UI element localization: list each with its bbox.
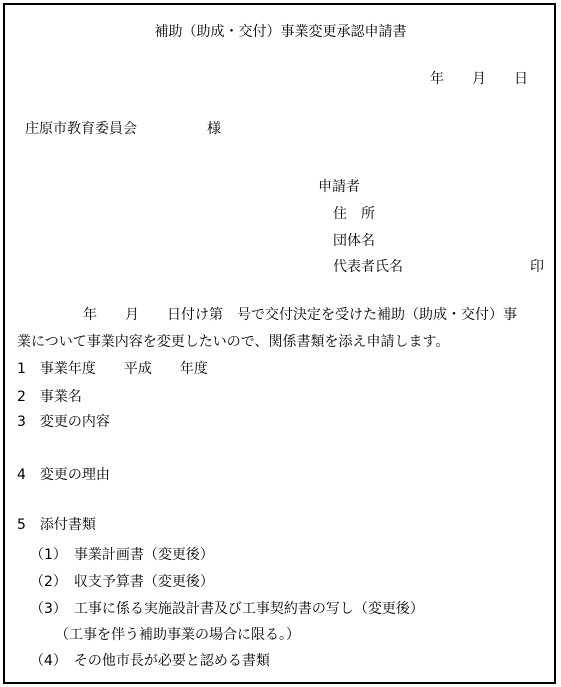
- addressee-line: 庄原市教育委員会 様: [25, 121, 221, 138]
- applicant-organization-label: 団体名: [333, 233, 375, 250]
- applicant-label: 申請者: [318, 179, 360, 196]
- numbered-item-business-year: 1 事業年度 平成 年度: [17, 361, 208, 378]
- numbered-item-change-reason: 4 変更の理由: [17, 467, 110, 484]
- numbered-item-change-details: 3 変更の内容: [17, 414, 110, 431]
- applicant-address-label: 住 所: [333, 206, 375, 223]
- attachment-item-construction-docs: （3） 工事に係る実施設計書及び工事契約書の写し（変更後）: [30, 601, 424, 618]
- application-form-page: 補助（助成・交付）事業変更承認申請書 年 月 日 庄原市教育委員会 様 申請者 …: [0, 0, 561, 687]
- attachment-item-other-docs: （4） その他市長が必要と認める書類: [30, 653, 270, 670]
- date-blank-line: 年 月 日: [430, 71, 528, 88]
- applicant-representative-label: 代表者氏名: [333, 259, 403, 276]
- attachment-item-budget: （2） 収支予算書（変更後）: [30, 574, 214, 591]
- body-paragraph-line-2: 業について事業内容を変更したいので、関係書類を添え申請します。: [17, 334, 449, 351]
- numbered-item-attachments: 5 添付書類: [17, 517, 96, 534]
- seal-placeholder: 印: [530, 259, 544, 276]
- body-paragraph-line-1: 年 月 日付け第 号で交付決定を受けた補助（助成・交付）事: [83, 307, 517, 324]
- attachment-item-construction-note: （工事を伴う補助事業の場合に限る。）: [55, 627, 300, 644]
- attachment-item-business-plan: （1） 事業計画書（変更後）: [30, 547, 214, 564]
- numbered-item-business-name: 2 事業名: [17, 389, 82, 406]
- form-title: 補助（助成・交付）事業変更承認申請書: [0, 24, 561, 41]
